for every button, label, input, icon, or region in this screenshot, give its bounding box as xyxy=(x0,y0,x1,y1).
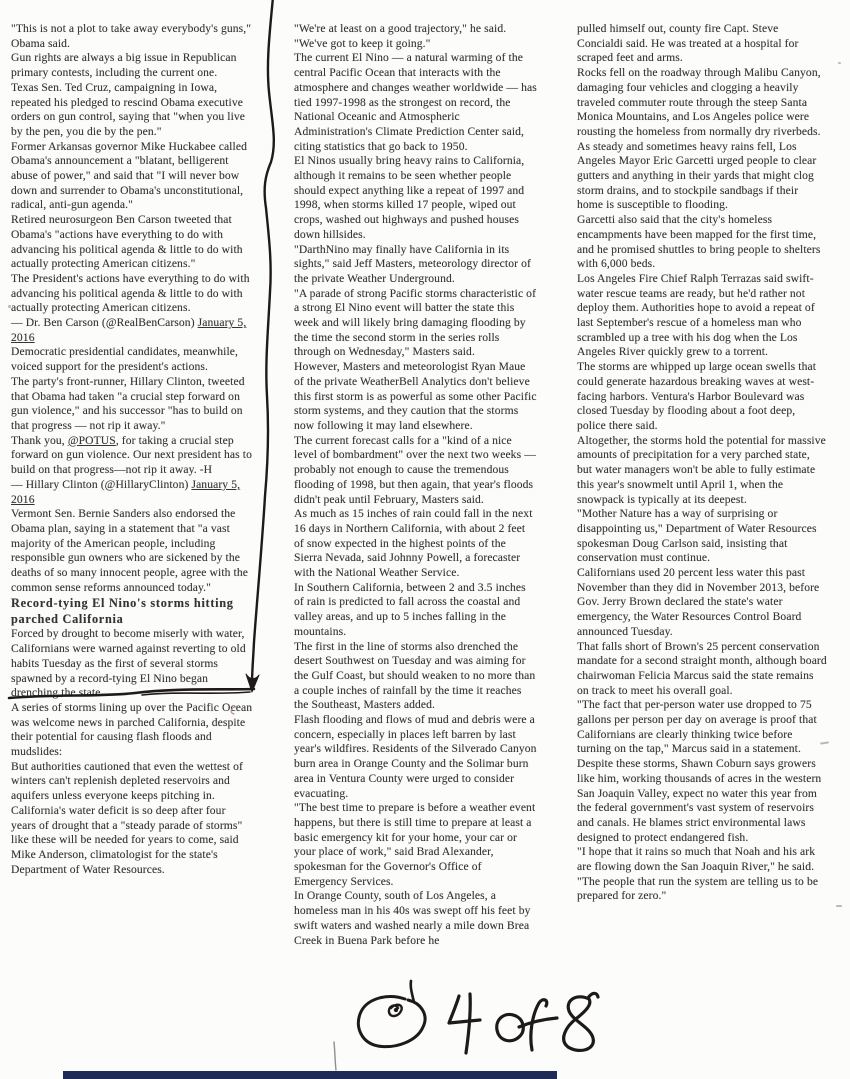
article-paragraph: "The fact that per-person water use drop… xyxy=(577,698,827,757)
scan-speck xyxy=(836,905,842,907)
article-paragraph: The party's front-runner, Hillary Clinto… xyxy=(11,375,253,434)
footer-scan-bar xyxy=(63,1071,557,1079)
scan-speck xyxy=(838,62,841,64)
article-paragraph: Garcetti also said that the city's homel… xyxy=(577,213,827,272)
article-paragraph: As steady and sometimes heavy rains fell… xyxy=(577,140,827,214)
article-paragraph: Gun rights are always a big issue in Rep… xyxy=(11,51,253,80)
article-paragraph: Rocks fell on the roadway through Malibu… xyxy=(577,66,827,140)
article-paragraph: The storms are whipped up large ocean sw… xyxy=(577,360,827,434)
article-paragraph: Californians used 20 percent less water … xyxy=(577,566,827,640)
article-paragraph: Texas Sen. Ted Cruz, campaigning in Iowa… xyxy=(11,81,253,140)
article-paragraph: El Ninos usually bring heavy rains to Ca… xyxy=(294,154,537,242)
article-paragraph: Flash flooding and flows of mud and debr… xyxy=(294,713,537,801)
article-paragraph: Altogether, the storms hold the potentia… xyxy=(577,434,827,508)
pen-vertical-line xyxy=(252,0,274,684)
article-paragraph: Vermont Sen. Bernie Sanders also endorse… xyxy=(11,507,253,595)
article-paragraph: The current forecast calls for a "kind o… xyxy=(294,434,537,508)
article-paragraph: But authorities cautioned that even the … xyxy=(11,760,253,804)
article-paragraph: "This is not a plot to take away everybo… xyxy=(11,22,253,51)
article-paragraph: In Southern California, between 2 and 3.… xyxy=(294,581,537,640)
article-paragraph: The first in the line of storms also dre… xyxy=(294,640,537,714)
article-paragraph: pulled himself out, county fire Capt. St… xyxy=(577,22,827,66)
article-paragraph: However, Masters and meteorologist Ryan … xyxy=(294,360,537,434)
article-paragraph: In Orange County, south of Los Angeles, … xyxy=(294,889,537,948)
article-paragraph: — Hillary Clinton (@HillaryClinton) Janu… xyxy=(11,478,253,507)
scan-speck xyxy=(8,305,11,308)
scanned-document-page: "This is not a plot to take away everybo… xyxy=(0,0,850,1079)
article-paragraph: — Dr. Ben Carson (@RealBenCarson) Januar… xyxy=(11,316,253,345)
article-paragraph: Thank you, @POTUS, for taking a crucial … xyxy=(11,434,253,478)
article-paragraph: A series of storms lining up over the Pa… xyxy=(11,701,253,760)
article-heading: Record-tying El Nino's storms hitting pa… xyxy=(11,595,253,627)
handwritten-page-note xyxy=(449,993,598,1053)
article-paragraph: Forced by drought to become miserly with… xyxy=(11,627,253,701)
article-column-2: "We're at least on a good trajectory," h… xyxy=(294,22,537,948)
article-column-1: "This is not a plot to take away everybo… xyxy=(11,22,253,877)
article-paragraph: "The best time to prepare is before a we… xyxy=(294,801,537,889)
circled-scribble-mark xyxy=(358,981,425,1047)
article-paragraph: "I hope that it rains so much that Noah … xyxy=(577,845,827,904)
article-paragraph: That falls short of Brown's 25 percent c… xyxy=(577,640,827,699)
article-paragraph: Democratic presidential candidates, mean… xyxy=(11,345,253,374)
article-paragraph: "We're at least on a good trajectory," h… xyxy=(294,22,537,51)
article-paragraph: As much as 15 inches of rain could fall … xyxy=(294,507,537,581)
article-paragraph: The current El Nino — a natural warming … xyxy=(294,51,537,154)
article-paragraph: Former Arkansas governor Mike Huckabee c… xyxy=(11,140,253,214)
article-column-3: pulled himself out, county fire Capt. St… xyxy=(577,22,827,904)
article-paragraph: Despite these storms, Shawn Coburn says … xyxy=(577,757,827,845)
article-paragraph: Los Angeles Fire Chief Ralph Terrazas sa… xyxy=(577,272,827,360)
article-paragraph: "Mother Nature has a way of surprising o… xyxy=(577,507,827,566)
pen-stray-tick xyxy=(334,1042,336,1070)
article-paragraph: "DarthNino may finally have California i… xyxy=(294,243,537,287)
article-paragraph: The President's actions have everything … xyxy=(11,272,253,316)
article-paragraph: California's water deficit is so deep af… xyxy=(11,804,253,878)
article-paragraph: Retired neurosurgeon Ben Carson tweeted … xyxy=(11,213,253,272)
article-paragraph: "A parade of strong Pacific storms chara… xyxy=(294,287,537,361)
